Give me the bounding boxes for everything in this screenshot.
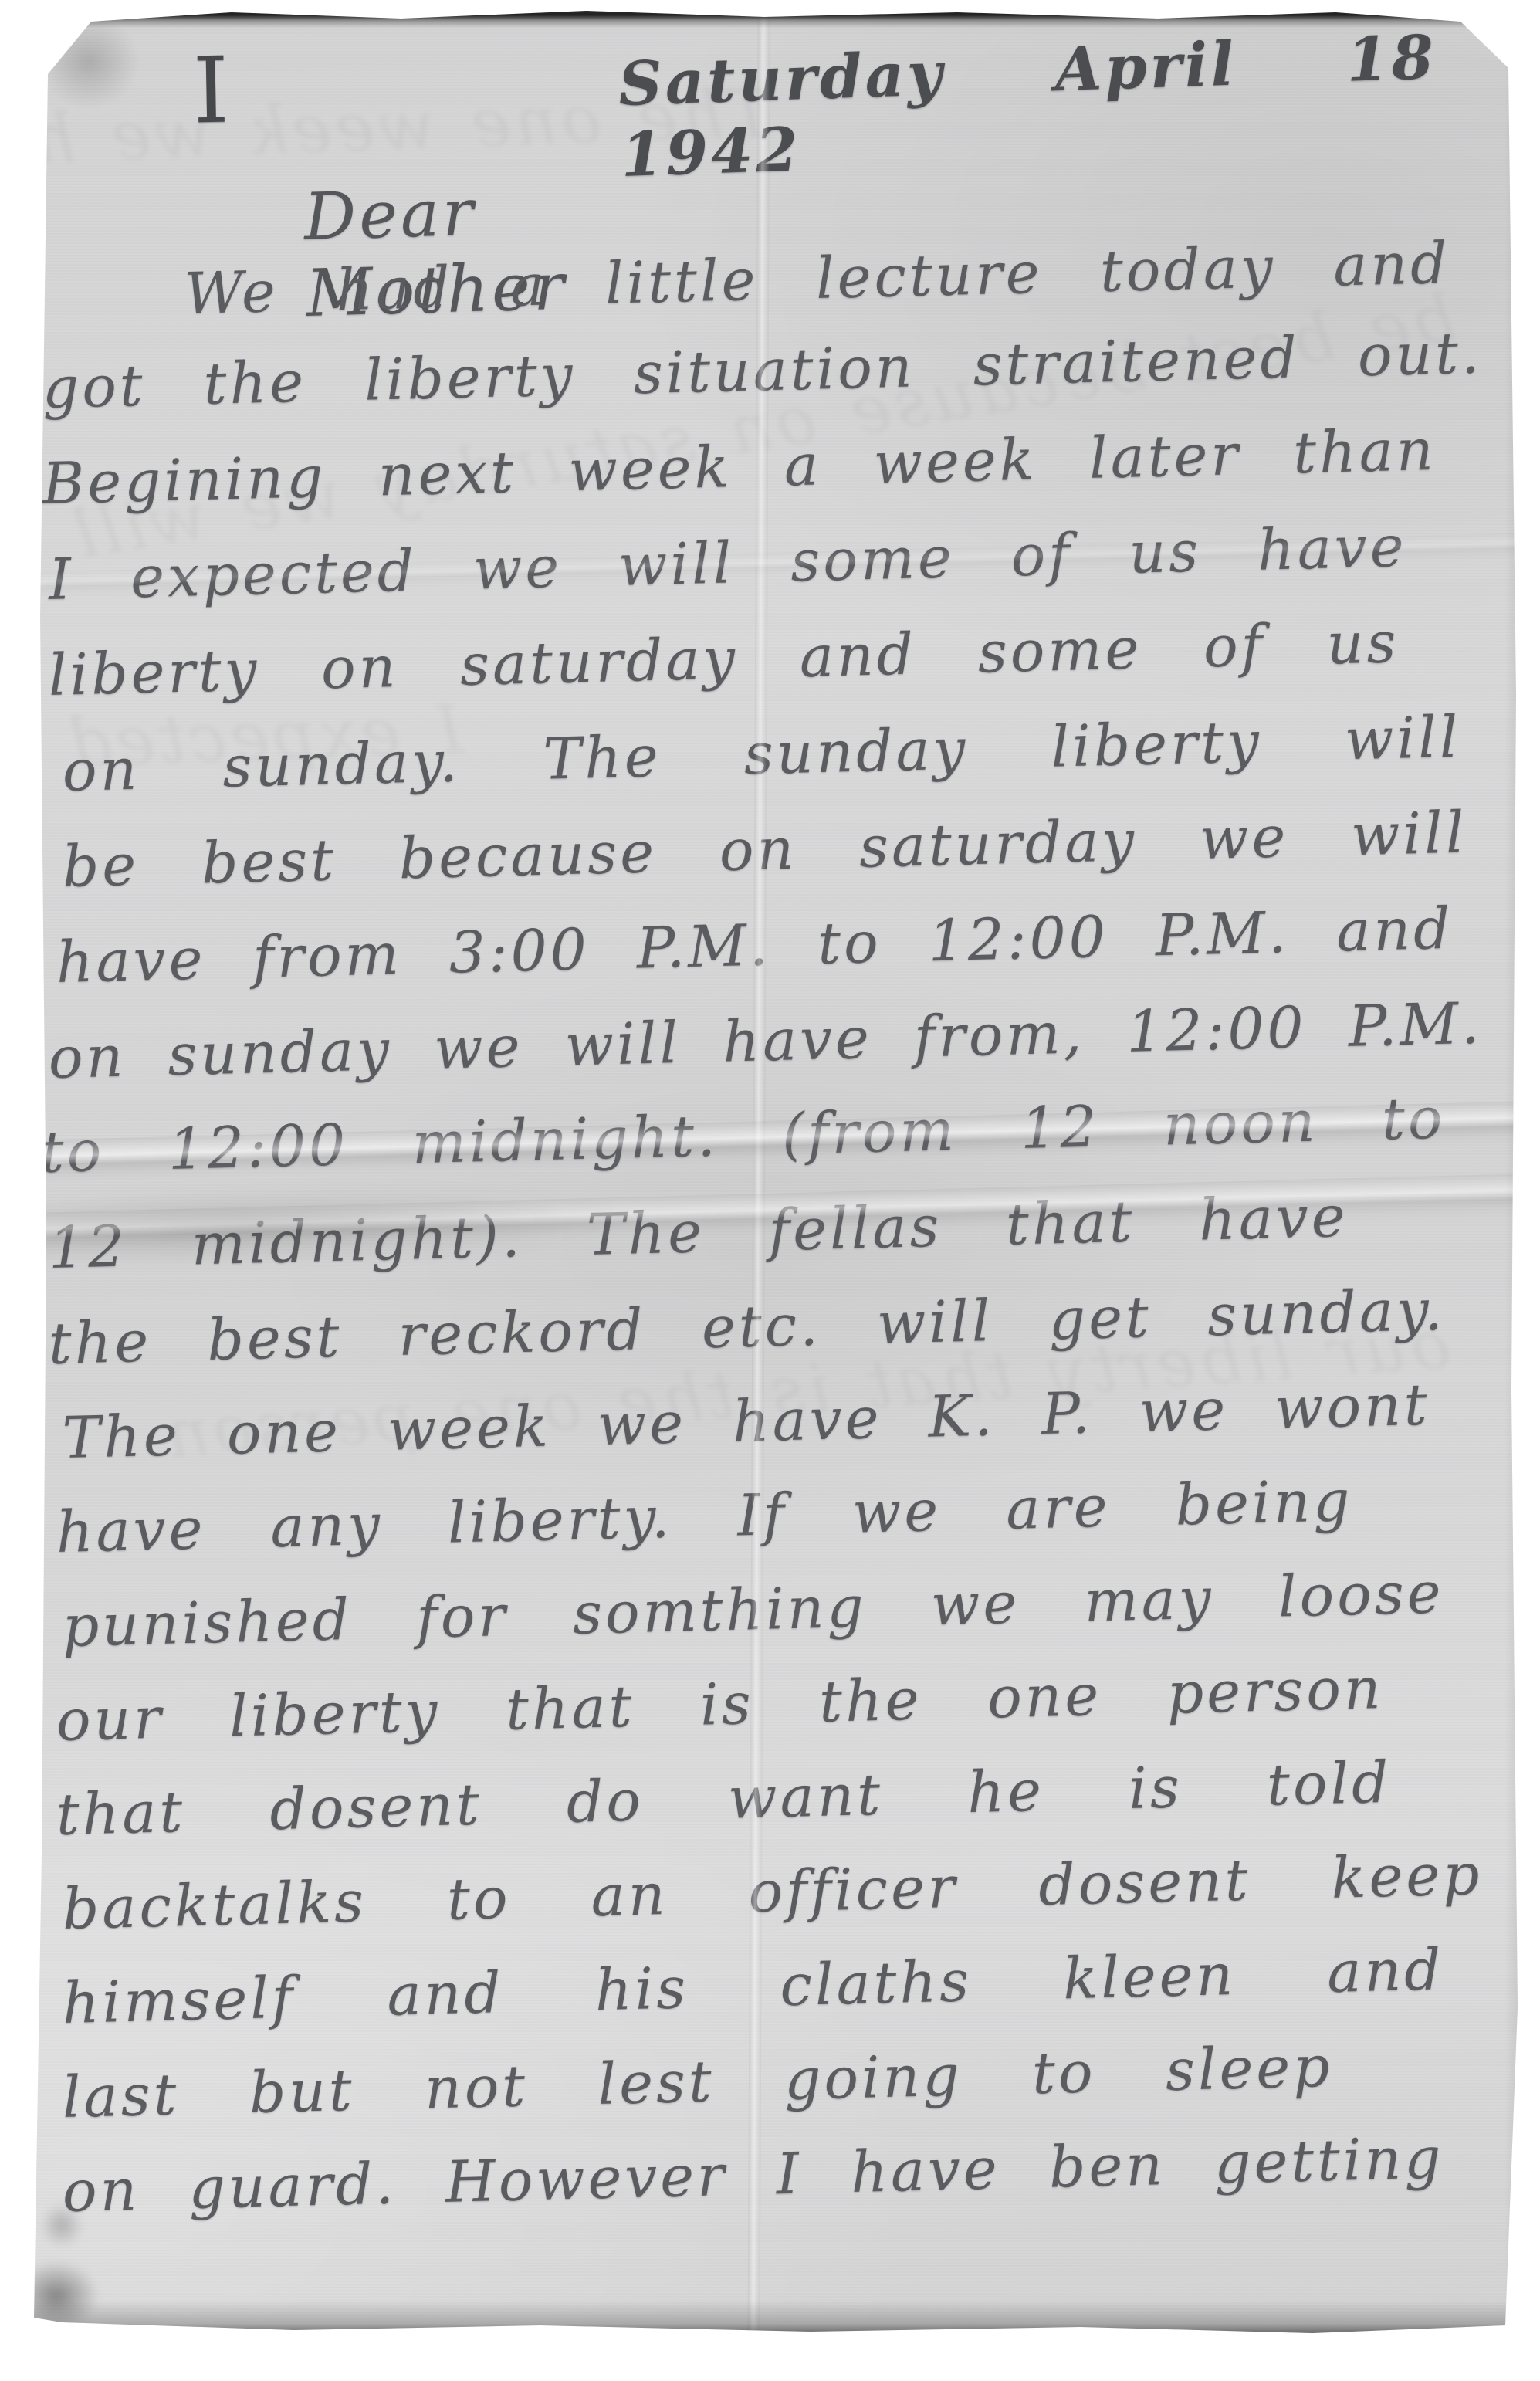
left-paper-edge [0, 0, 31, 2381]
date-line: Saturday April 18 1942 [618, 22, 1440, 191]
fold-shadow [30, 1174, 726, 1274]
corner-bend-shade [39, 15, 139, 108]
right-paper-edge [1504, 0, 1540, 2381]
bottom-cut-edge [0, 2301, 1540, 2342]
page-number: I [192, 37, 233, 145]
torn-top-edge [0, 0, 1540, 28]
smudge-mark [40, 2202, 83, 2248]
letter-paper-sheet: The one week we have K. P. we wont be be… [0, 0, 1540, 2381]
